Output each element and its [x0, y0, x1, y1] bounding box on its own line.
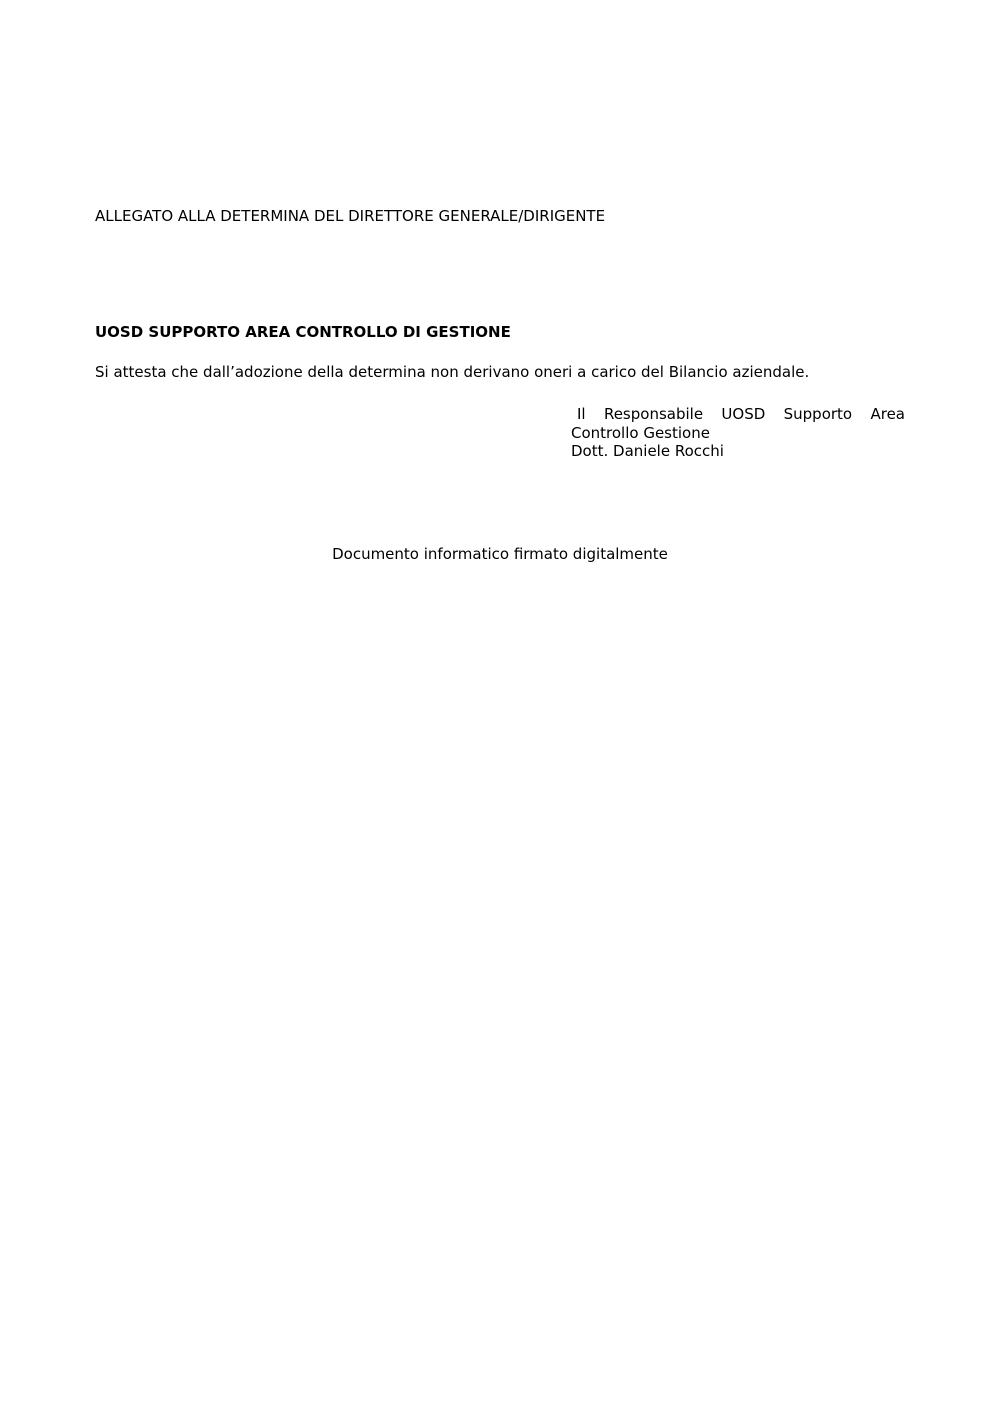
- attestation-text: Si attesta che dall’adozione della deter…: [95, 363, 809, 381]
- signature-word: Responsabile: [604, 405, 703, 424]
- signature-word: Supporto: [784, 405, 852, 424]
- signature-word: UOSD: [721, 405, 765, 424]
- signatory-name: Dott. Daniele Rocchi: [571, 442, 905, 461]
- allegato-title: ALLEGATO ALLA DETERMINA DEL DIRETTORE GE…: [95, 207, 605, 225]
- signature-word: Il: [577, 405, 586, 424]
- signature-word: Area: [870, 405, 905, 424]
- signature-role-continued: Controllo Gestione: [571, 424, 905, 443]
- section-heading: UOSD SUPPORTO AREA CONTROLLO DI GESTIONE: [95, 323, 511, 341]
- digital-signature-note: Documento informatico firmato digitalmen…: [0, 545, 1000, 563]
- signature-role-line: Il Responsabile UOSD Supporto Area: [571, 405, 905, 424]
- signature-block: Il Responsabile UOSD Supporto Area Contr…: [571, 405, 905, 461]
